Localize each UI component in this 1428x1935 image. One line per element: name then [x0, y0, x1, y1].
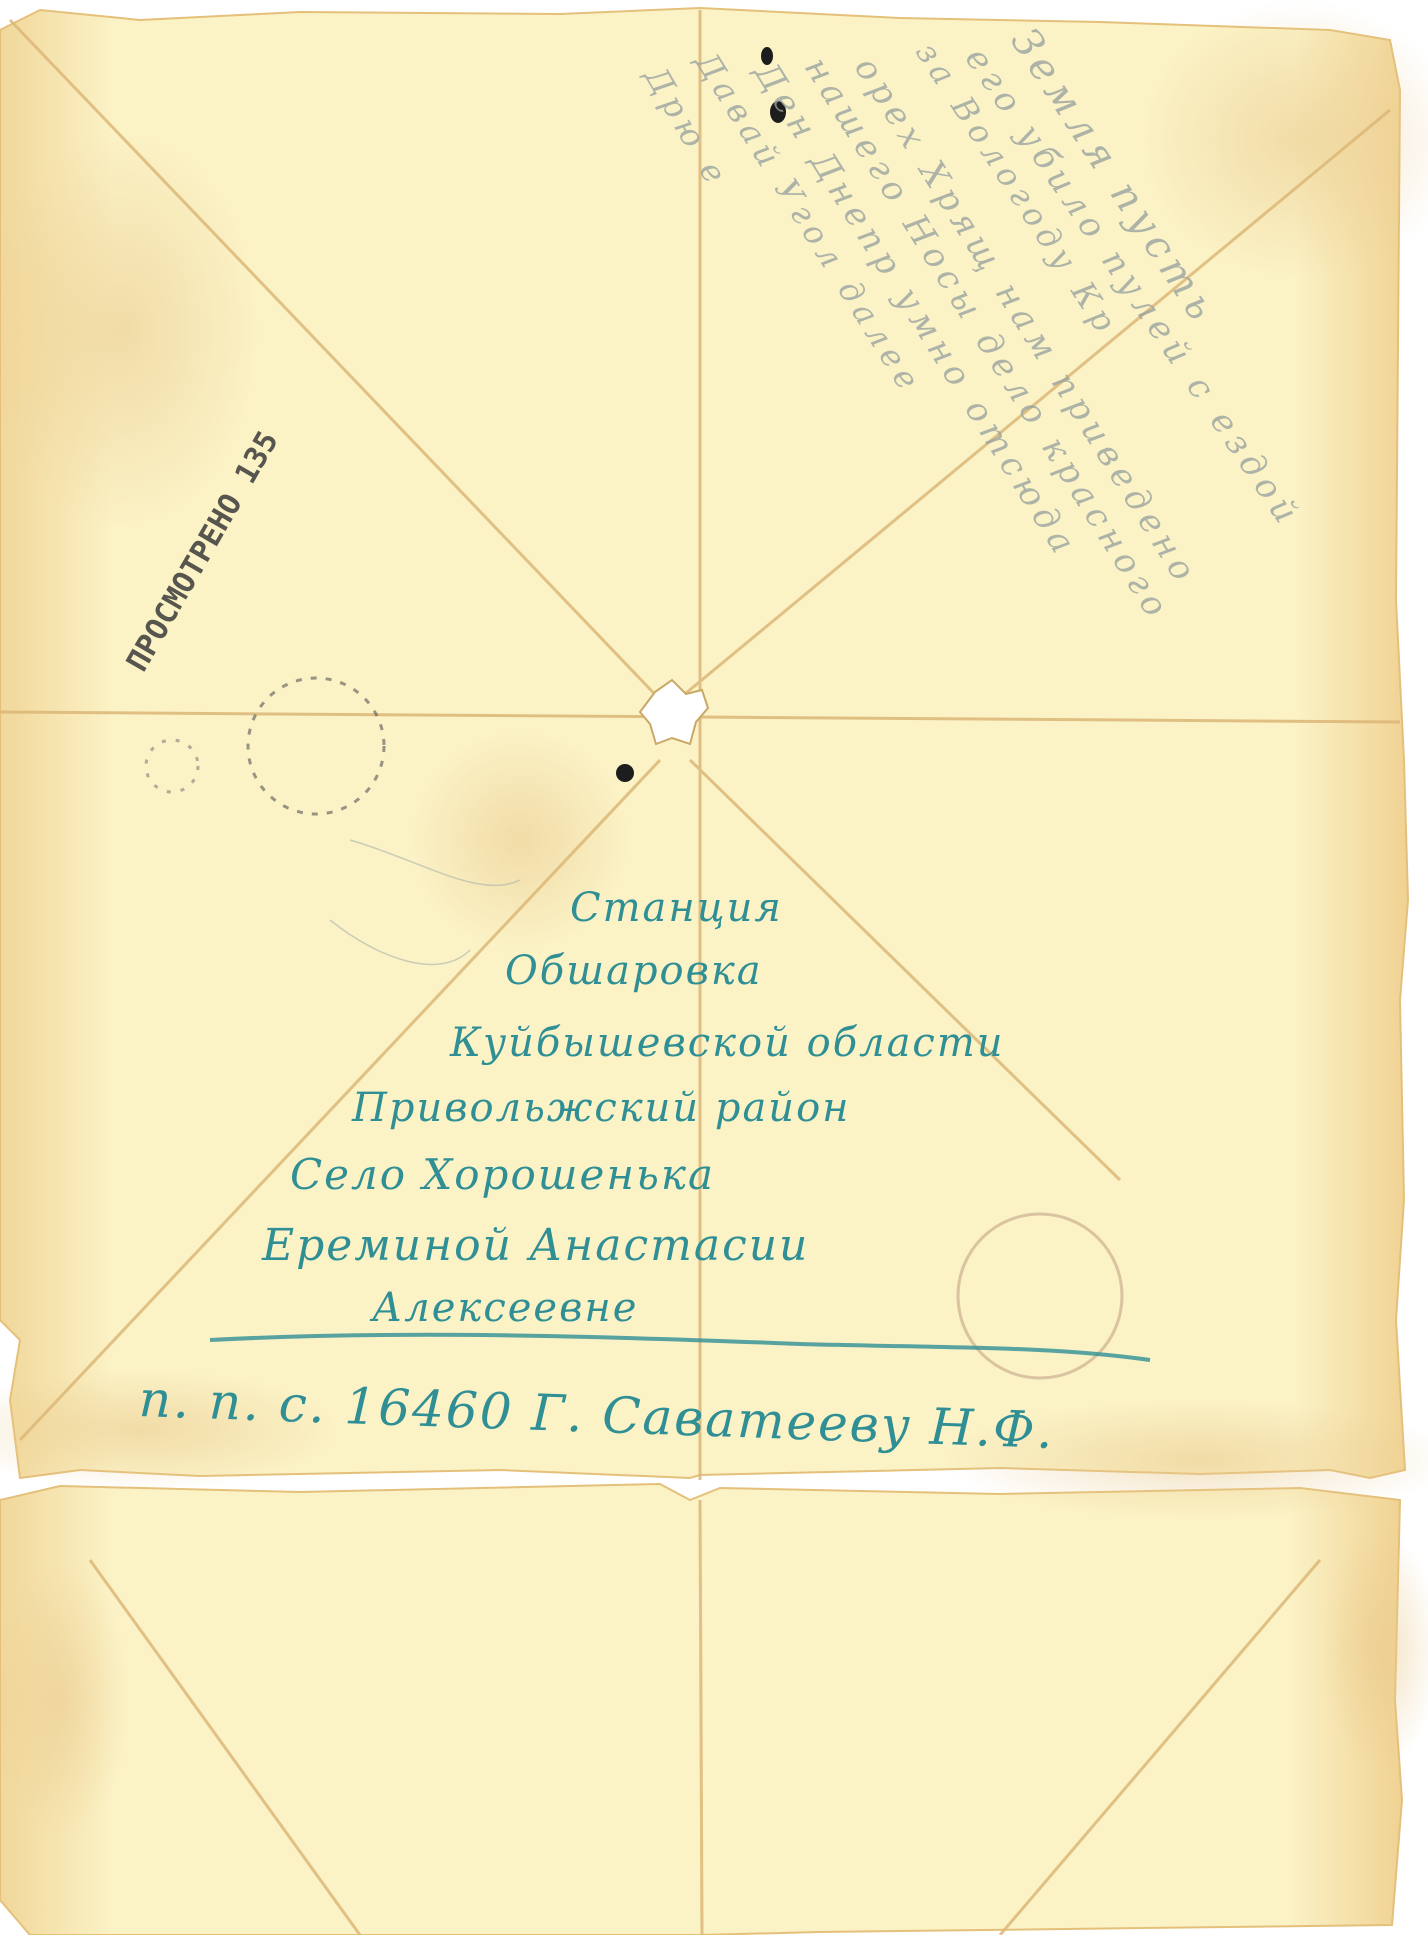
- address-line-town: Обшаровка: [505, 948, 763, 994]
- address-line-patronymic: Алексеевне: [372, 1285, 638, 1331]
- address-line-district: Привольжский район: [352, 1085, 851, 1131]
- address-line-village: Село Хорошенька: [290, 1150, 715, 1199]
- address-line-oblast: Куйбышевской области: [450, 1020, 1005, 1066]
- address-line-station: Станция: [570, 885, 783, 931]
- address-line-recipient: Ереминой Анастасии: [262, 1220, 809, 1271]
